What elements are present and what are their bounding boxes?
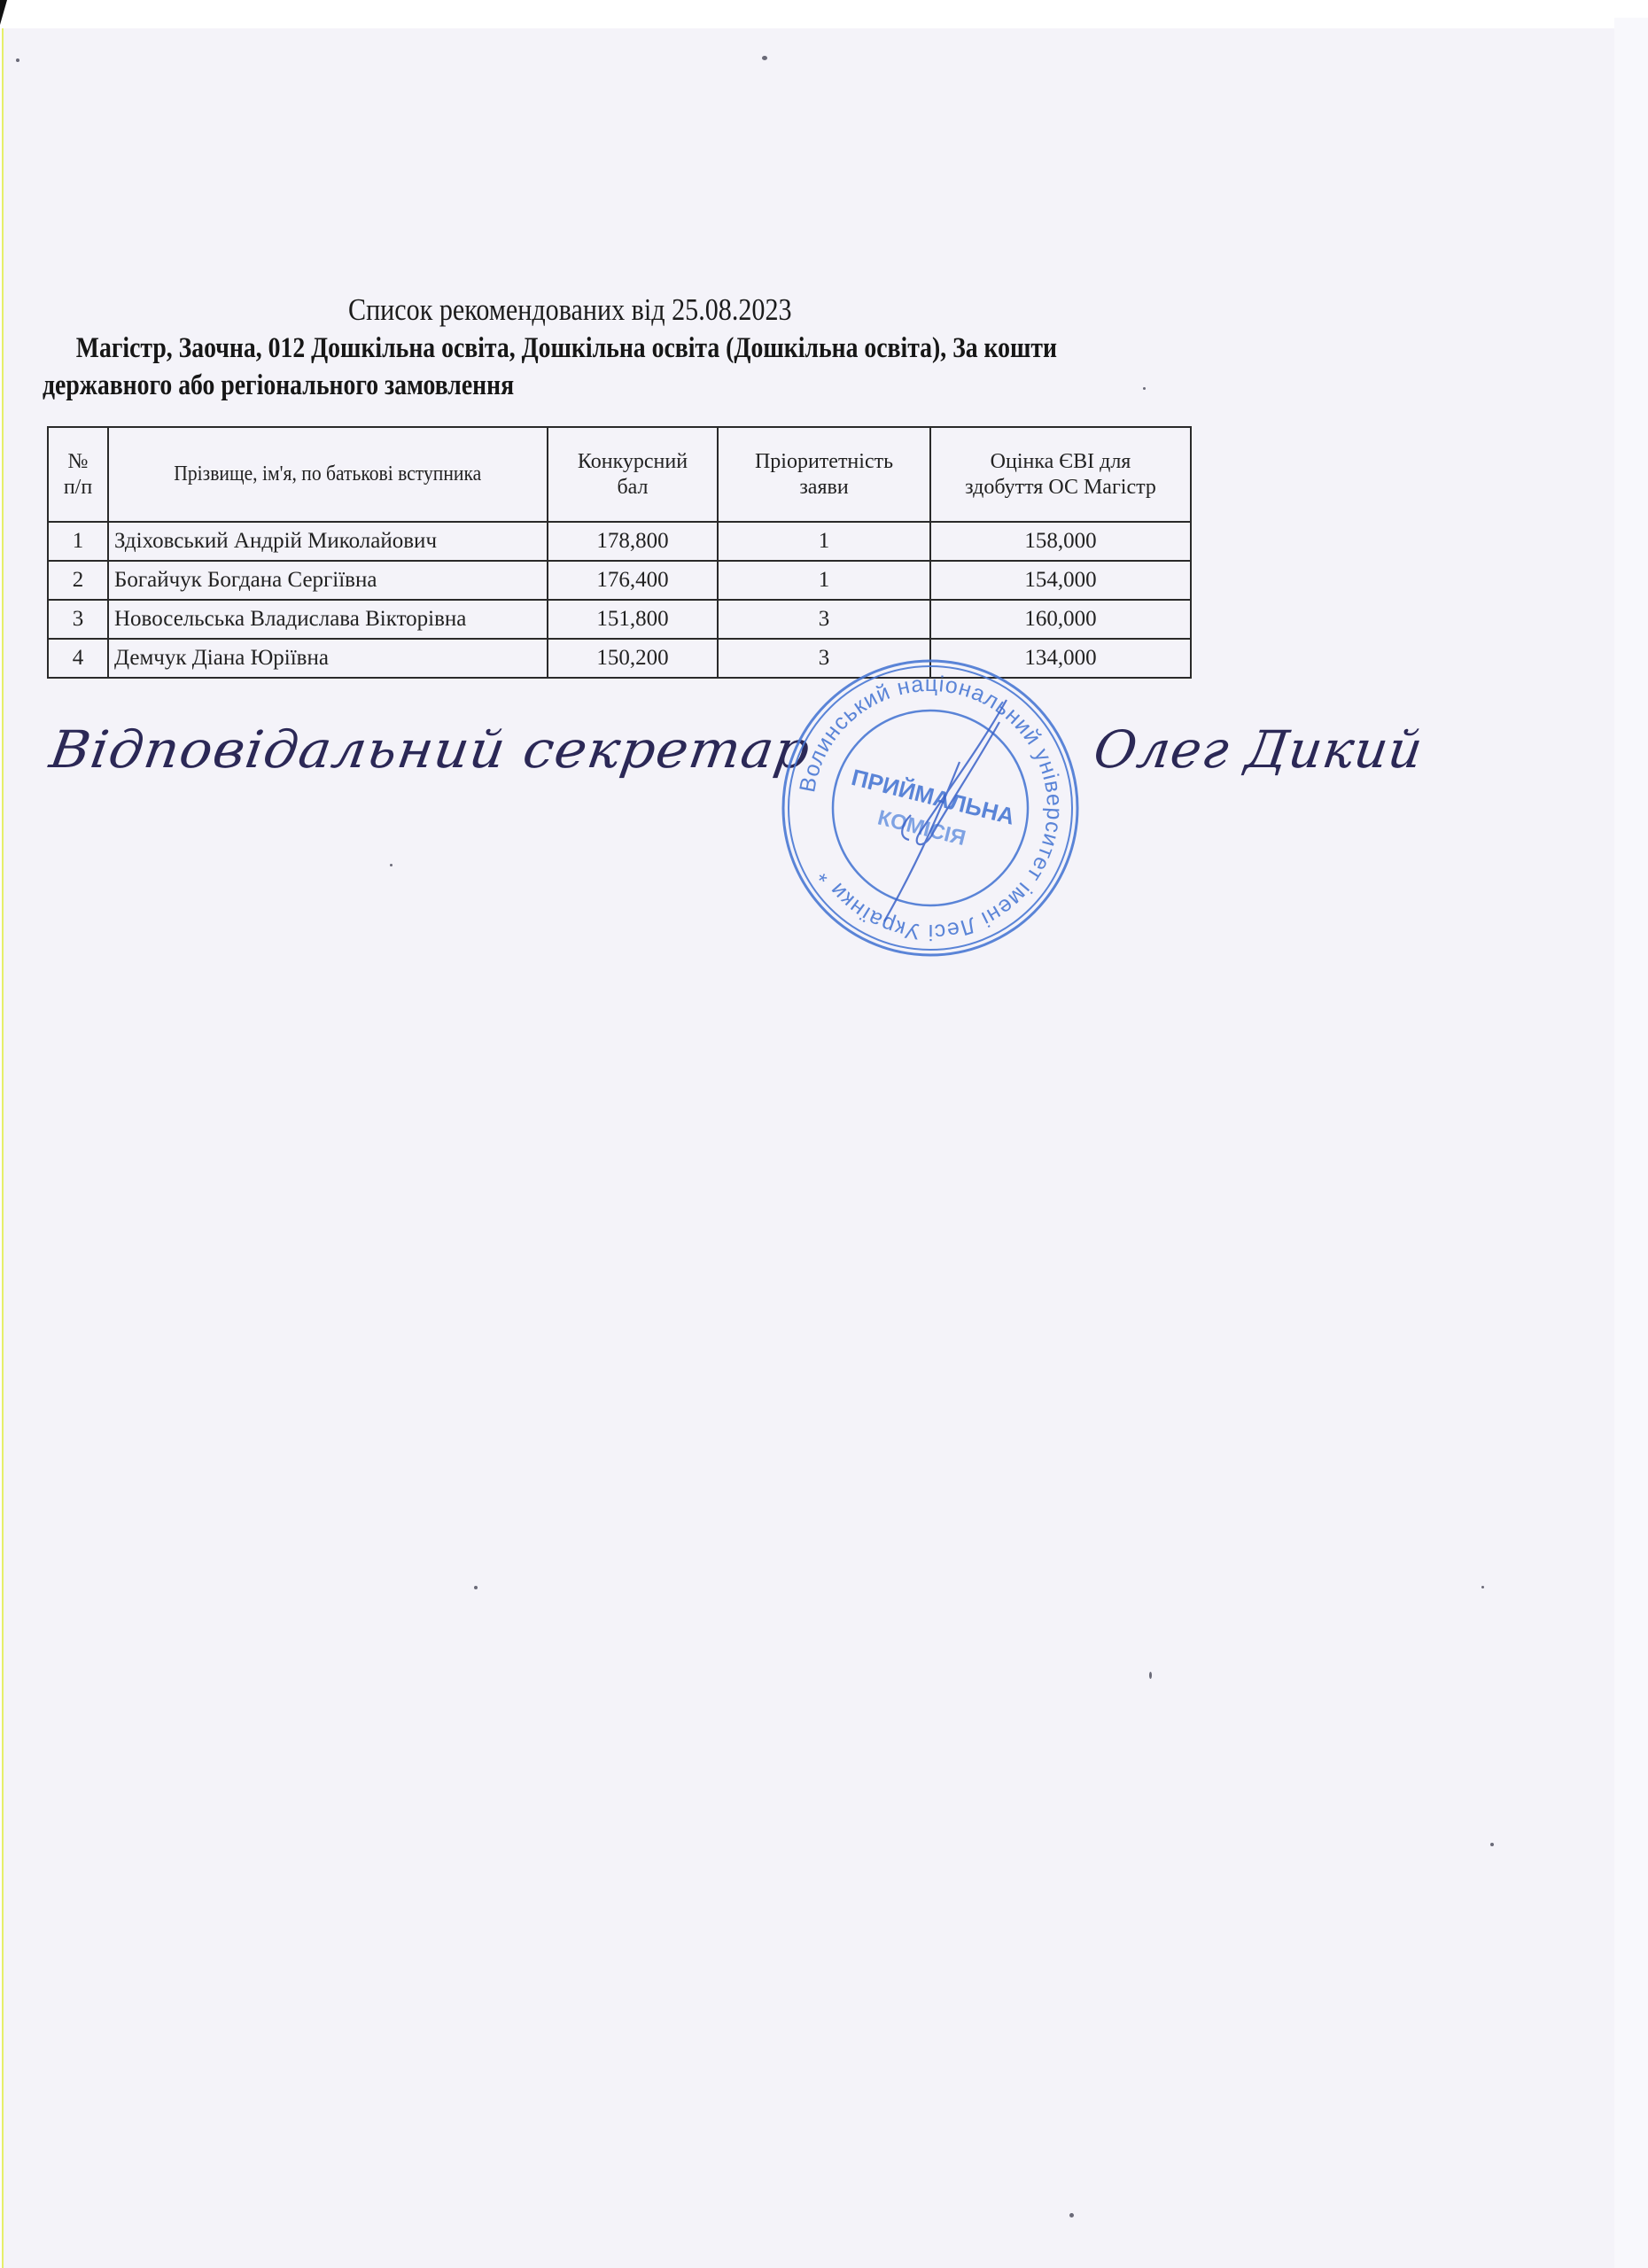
cell-name: Новосельська Владислава Вікторівна	[108, 600, 548, 639]
header-num: №п/п	[48, 427, 108, 522]
cell-num: 4	[48, 639, 108, 678]
scan-speck	[1143, 387, 1146, 390]
header-evi: Оцінка ЄВІ дляздобуття ОС Магістр	[930, 427, 1191, 522]
cell-priority: 1	[718, 522, 930, 561]
scan-corner-artifact	[0, 0, 7, 25]
scan-speck	[1069, 2213, 1074, 2218]
header-name: Прізвище, ім'я, по батькові вступника	[108, 427, 548, 522]
signature-position-handwritten: Відповідальний секретар	[46, 719, 814, 780]
cell-evi: 160,000	[930, 600, 1191, 639]
scan-margin-top	[0, 0, 1648, 28]
cell-name: Богайчук Богдана Сергіївна	[108, 561, 548, 600]
cell-evi: 158,000	[930, 522, 1191, 561]
scan-margin-right	[1614, 18, 1648, 2268]
cell-evi: 154,000	[930, 561, 1191, 600]
scan-speck	[16, 58, 19, 62]
header-score: Конкурснийбал	[548, 427, 718, 522]
table-row: 1 Здіховський Андрій Миколайович 178,800…	[48, 522, 1191, 561]
cell-name: Демчук Діана Юріївна	[108, 639, 548, 678]
recommended-list-table: №п/п Прізвище, ім'я, по батькові вступни…	[47, 426, 1192, 679]
table-row: 3 Новосельська Владислава Вікторівна 151…	[48, 600, 1191, 639]
cell-score: 151,800	[548, 600, 718, 639]
cell-num: 2	[48, 561, 108, 600]
cell-score: 178,800	[548, 522, 718, 561]
cell-name: Здіховський Андрій Миколайович	[108, 522, 548, 561]
scan-speck	[762, 56, 767, 60]
cell-num: 1	[48, 522, 108, 561]
header-priority: Пріоритетністьзаяви	[718, 427, 930, 522]
table-row: 2 Богайчук Богдана Сергіївна 176,400 1 1…	[48, 561, 1191, 600]
scan-speck	[1149, 1672, 1152, 1679]
signature-name-handwritten: Олег Дикий	[1090, 719, 1426, 780]
document-title: Список рекомендованих від 25.08.2023	[348, 292, 792, 328]
document-subtitle: Магістр, Заочна, 012 Дошкільна освіта, Д…	[43, 330, 1084, 404]
cell-priority: 1	[718, 561, 930, 600]
cell-score: 176,400	[548, 561, 718, 600]
cell-score: 150,200	[548, 639, 718, 678]
cell-num: 3	[48, 600, 108, 639]
cell-priority: 3	[718, 600, 930, 639]
scan-speck	[474, 1586, 478, 1589]
table-header-row: №п/п Прізвище, ім'я, по батькові вступни…	[48, 427, 1191, 522]
scan-speck	[1481, 1586, 1484, 1588]
scan-speck	[390, 864, 393, 866]
university-admission-stamp: Волинський національний університет імен…	[778, 656, 1083, 960]
scan-speck	[1490, 1843, 1494, 1846]
